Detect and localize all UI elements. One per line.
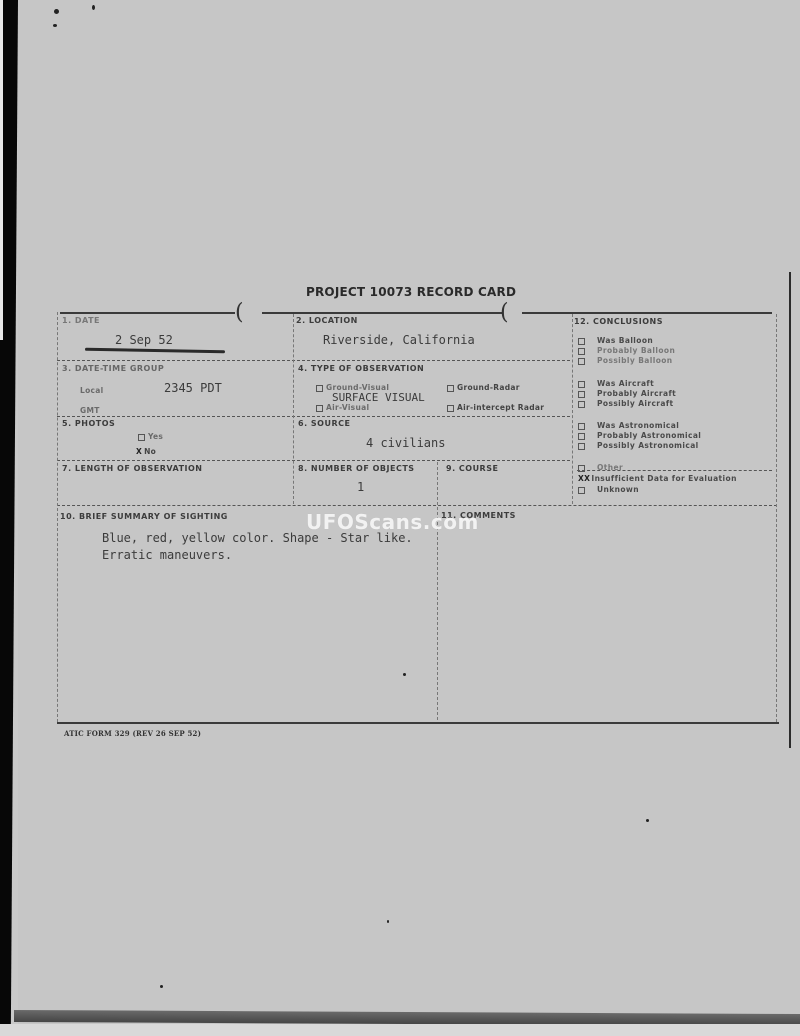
- gmt-label: GMT: [80, 406, 100, 415]
- conclusion-label: Was Aircraft: [597, 379, 654, 388]
- checked-x-icon: X: [136, 447, 142, 456]
- card-left-border: [57, 312, 58, 722]
- date-label: 1. DATE: [62, 316, 100, 325]
- checkbox-icon: [578, 338, 585, 345]
- type-of-observation-label: 4. TYPE OF OBSERVATION: [298, 364, 424, 373]
- conclusion-probably-aircraft: Probably Aircraft: [578, 389, 676, 398]
- photos-option-no: XNo: [136, 447, 156, 456]
- scan-bottom-edge: [0, 1024, 800, 1036]
- location-value: Riverside, California: [323, 333, 475, 347]
- conclusion-probably-balloon: Probably Balloon: [578, 346, 675, 355]
- conclusion-other: Other: [578, 463, 623, 472]
- scan-speck: [92, 5, 95, 10]
- option-label: Air-Visual: [326, 403, 369, 412]
- scan-speck: [54, 9, 59, 14]
- conclusion-label: Possibly Balloon: [597, 356, 673, 365]
- local-time-label: Local: [80, 386, 104, 395]
- row-divider: [57, 416, 570, 417]
- conclusion-possibly-astronomical: Possibly Astronomical: [578, 441, 699, 450]
- summary-line-2: Erratic maneuvers.: [102, 548, 232, 562]
- conclusion-unknown: Unknown: [578, 485, 639, 494]
- card-bottom-border: [57, 722, 779, 724]
- conclusion-label: Probably Balloon: [597, 346, 675, 355]
- brief-summary-label: 10. BRIEF SUMMARY OF SIGHTING: [60, 512, 228, 521]
- scan-bracket-mark: (: [235, 300, 244, 325]
- source-label: 6. SOURCE: [298, 419, 350, 428]
- scan-edge-highlight: [0, 0, 3, 340]
- checked-x-icon: XX: [578, 474, 590, 483]
- checkbox-icon: [578, 401, 585, 408]
- column-divider: [572, 314, 573, 504]
- option-label: No: [144, 447, 156, 456]
- conclusion-probably-astronomical: Probably Astronomical: [578, 431, 701, 440]
- card-top-border: [60, 312, 235, 314]
- conclusions-label: 12. CONCLUSIONS: [574, 317, 663, 326]
- conclusion-label: Other: [597, 463, 623, 472]
- option-air-visual: Air-Visual: [316, 403, 369, 412]
- checkbox-icon: [578, 465, 585, 472]
- option-label: Yes: [148, 432, 163, 441]
- checkbox-icon: [578, 381, 585, 388]
- conclusion-possibly-balloon: Possibly Balloon: [578, 356, 673, 365]
- option-air-intercept-radar: Air-intercept Radar: [447, 403, 544, 412]
- photos-label: 5. PHOTOS: [62, 419, 115, 428]
- row-divider: [57, 460, 570, 461]
- conclusion-label: Was Astronomical: [597, 421, 679, 430]
- conclusion-was-aircraft: Was Aircraft: [578, 379, 654, 388]
- scan-bracket-mark: (: [500, 300, 509, 325]
- checkbox-icon: [316, 405, 323, 412]
- scan-speck: [53, 24, 57, 27]
- card-title: PROJECT 10073 RECORD CARD: [306, 285, 516, 299]
- date-value: 2 Sep 52: [115, 333, 173, 347]
- checkbox-icon: [578, 348, 585, 355]
- row-divider: [57, 360, 570, 361]
- conclusion-label: Unknown: [597, 485, 639, 494]
- column-divider: [293, 314, 294, 504]
- conclusion-label: Possibly Aircraft: [597, 399, 674, 408]
- conclusion-label: Possibly Astronomical: [597, 441, 699, 450]
- option-ground-radar: Ground-Radar: [447, 383, 520, 392]
- local-time-value: 2345 PDT: [164, 381, 222, 395]
- date-time-group-label: 3. DATE-TIME GROUP: [62, 364, 164, 373]
- column-divider: [437, 462, 438, 720]
- length-of-observation-label: 7. LENGTH OF OBSERVATION: [62, 464, 203, 473]
- checkbox-icon: [578, 391, 585, 398]
- conclusion-was-balloon: Was Balloon: [578, 336, 653, 345]
- checkbox-icon: [316, 385, 323, 392]
- checkbox-icon: [578, 423, 585, 430]
- course-label: 9. COURSE: [446, 464, 498, 473]
- option-label: Ground-Radar: [457, 383, 520, 392]
- number-of-objects-label: 8. NUMBER OF OBJECTS: [298, 464, 415, 473]
- scan-speck: [160, 985, 163, 988]
- watermark: UFOScans.com: [306, 510, 479, 534]
- number-of-objects-value: 1: [357, 480, 364, 494]
- conclusion-insufficient-data: XXInsufficient Data for Evaluation: [578, 474, 737, 483]
- scan-right-rule: [789, 272, 791, 748]
- scan-speck: [403, 673, 406, 676]
- conclusion-label: Probably Astronomical: [597, 431, 701, 440]
- checkbox-icon: [578, 433, 585, 440]
- form-number: ATIC FORM 329 (REV 26 SEP 52): [64, 729, 201, 738]
- scan-speck: [646, 819, 649, 822]
- card-top-border: [262, 312, 502, 314]
- conclusion-was-astronomical: Was Astronomical: [578, 421, 679, 430]
- location-label: 2. LOCATION: [296, 316, 358, 325]
- row-divider: [57, 505, 777, 506]
- conclusion-label: Insufficient Data for Evaluation: [591, 474, 736, 483]
- checkbox-icon: [138, 434, 145, 441]
- conclusion-label: Was Balloon: [597, 336, 653, 345]
- checkbox-icon: [447, 405, 454, 412]
- source-value: 4 civilians: [366, 436, 445, 450]
- card-top-border: [522, 312, 772, 314]
- checkbox-icon: [578, 487, 585, 494]
- conclusion-label: Probably Aircraft: [597, 389, 676, 398]
- photos-option-yes: Yes: [138, 432, 163, 441]
- scan-speck: [387, 920, 389, 923]
- checkbox-icon: [447, 385, 454, 392]
- checkbox-icon: [578, 358, 585, 365]
- conclusion-possibly-aircraft: Possibly Aircraft: [578, 399, 674, 408]
- checkbox-icon: [578, 443, 585, 450]
- card-right-border: [776, 314, 777, 722]
- option-label: Air-intercept Radar: [457, 403, 544, 412]
